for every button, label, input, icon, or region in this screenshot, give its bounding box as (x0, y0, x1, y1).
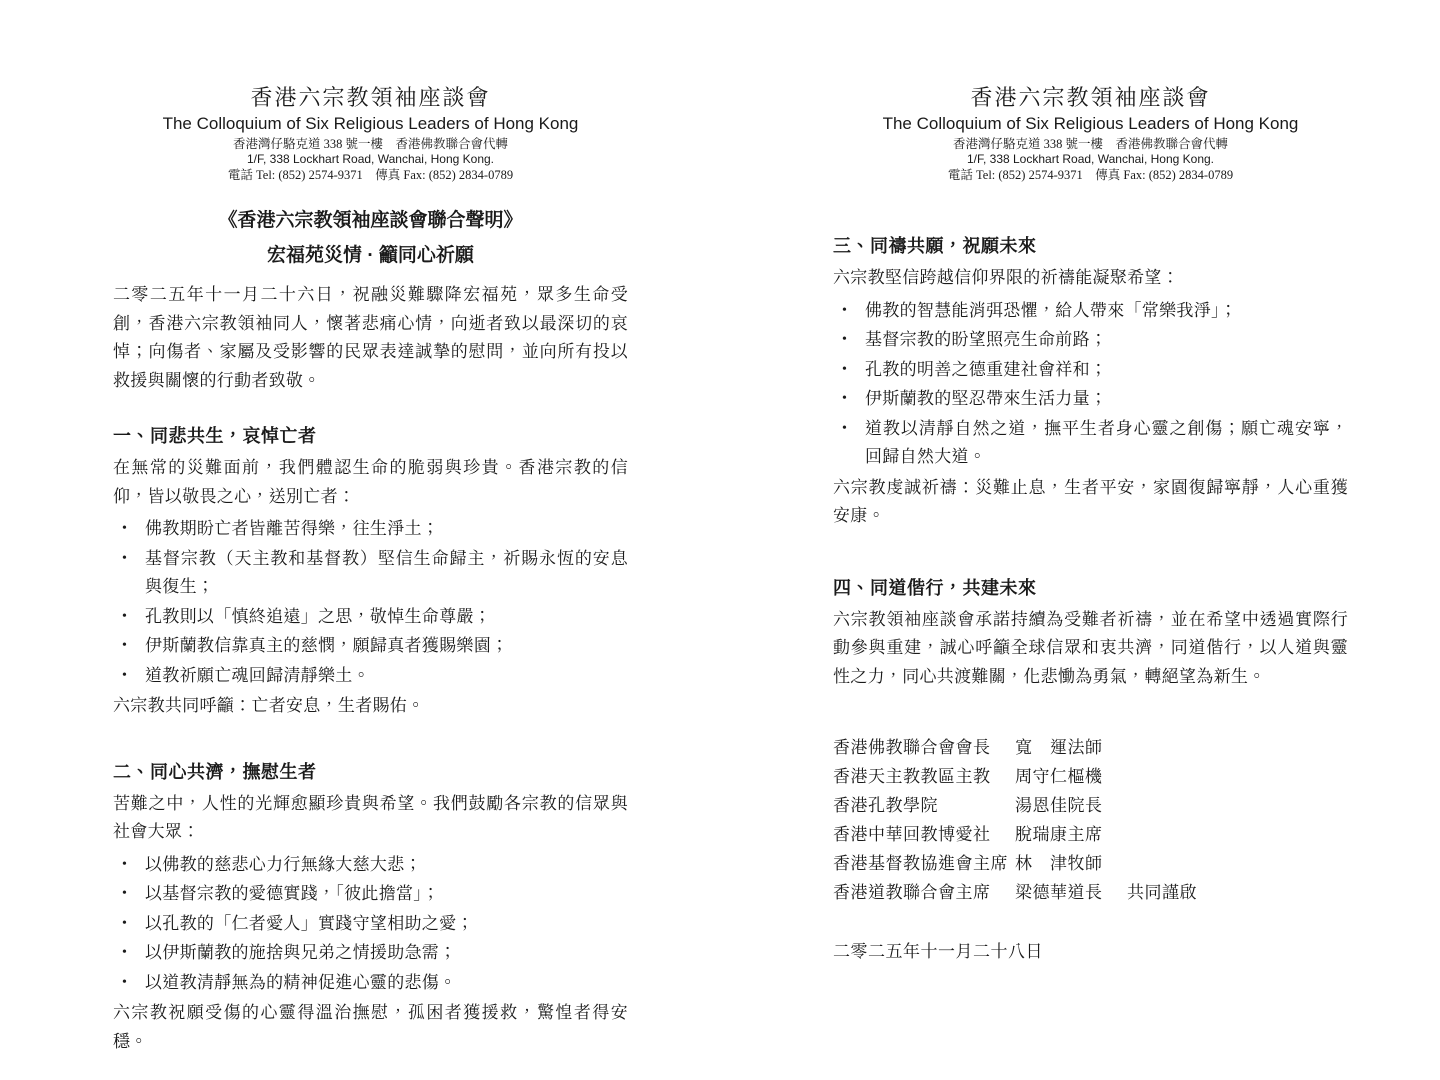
signature-org: 香港佛教聯合會會長 (833, 733, 1015, 762)
bullet-item: 以孔教的「仁者愛人」實踐守望相助之愛； (113, 910, 628, 939)
signature-org: 香港孔教學院 (833, 791, 1015, 820)
signature-row: 香港天主教教區主教 周守仁樞機 (833, 762, 1348, 791)
org-name-en: The Colloquium of Six Religious Leaders … (113, 113, 628, 134)
bullet-item: 孔教的明善之德重建社會祥和； (833, 356, 1348, 385)
org-phone-fax: 電話 Tel: (852) 2574-9371 傳真 Fax: (852) 28… (833, 167, 1348, 183)
intro-paragraph: 二零二五年十一月二十六日，祝融災難驟降宏福苑，眾多生命受創，香港六宗教領袖同人，… (113, 281, 628, 395)
section-2-closing: 六宗教祝願受傷的心靈得溫治撫慰，孤困者獲援救，驚惶者得安穩。 (113, 999, 628, 1056)
signature-name: 林 津牧師 (1015, 849, 1127, 878)
signature-row: 香港中華回教博愛社 脫瑞康主席 (833, 820, 1348, 849)
bullet-item: 以佛教的慈悲心力行無緣大慈大悲； (113, 851, 628, 880)
bullet-item: 基督宗教的盼望照亮生命前路； (833, 326, 1348, 355)
section-3-bullets: 佛教的智慧能消弭恐懼，給人帶來「常樂我淨」； 基督宗教的盼望照亮生命前路； 孔教… (833, 297, 1348, 472)
org-address-zh: 香港灣仔駱克道 338 號一樓 香港佛教聯合會代轉 (113, 136, 628, 152)
org-address-en: 1/F, 338 Lockhart Road, Wanchai, Hong Ko… (833, 152, 1348, 167)
signature-row: 香港孔教學院 湯恩佳院長 (833, 791, 1348, 820)
bullet-item: 佛教期盼亡者皆離苦得樂，往生淨土； (113, 515, 628, 544)
signature-org: 香港天主教教區主教 (833, 762, 1015, 791)
section-1-lead: 在無常的災難面前，我們體認生命的脆弱與珍貴。香港宗教的信仰，皆以敬畏之心，送別亡… (113, 454, 628, 511)
document-sheet: 香港六宗教領袖座談會 The Colloquium of Six Religio… (0, 0, 1440, 1080)
signature-row: 香港佛教聯合會會長 寬 運法師 (833, 733, 1348, 762)
signature-org: 香港中華回教博愛社 (833, 820, 1015, 849)
signature-name: 湯恩佳院長 (1015, 791, 1127, 820)
section-2-lead: 苦難之中，人性的光輝愈顯珍貴與希望。我們鼓勵各宗教的信眾與社會大眾： (113, 790, 628, 847)
signature-name: 周守仁樞機 (1015, 762, 1127, 791)
bullet-item: 以基督宗教的愛德實踐，「彼此擔當」； (113, 880, 628, 909)
signature-org: 香港道教聯合會主席 (833, 878, 1015, 907)
bullet-item: 以伊斯蘭教的施捨與兄弟之情援助急需； (113, 939, 628, 968)
signature-name: 脫瑞康主席 (1015, 820, 1127, 849)
bullet-item: 孔教則以「慎終追遠」之思，敬悼生命尊嚴； (113, 603, 628, 632)
org-name-en: The Colloquium of Six Religious Leaders … (833, 113, 1348, 134)
bullet-item: 佛教的智慧能消弭恐懼，給人帶來「常樂我淨」； (833, 297, 1348, 326)
section-4-body: 六宗教領袖座談會承諾持續為受難者祈禱，並在希望中透過實際行動參與重建，誠心呼籲全… (833, 606, 1348, 692)
date-line: 二零二五年十一月二十八日 (833, 937, 1348, 962)
bullet-item: 伊斯蘭教的堅忍帶來生活力量； (833, 385, 1348, 414)
bullet-item: 道教祈願亡魂回歸清靜樂土。 (113, 662, 628, 691)
letterhead: 香港六宗教領袖座談會 The Colloquium of Six Religio… (833, 84, 1348, 183)
org-address-en: 1/F, 338 Lockhart Road, Wanchai, Hong Ko… (113, 152, 628, 167)
doc-title: 《香港六宗教領袖座談會聯合聲明》 (113, 209, 628, 233)
org-name-zh: 香港六宗教領袖座談會 (833, 84, 1348, 112)
section-3-heading: 三、同禱共願，祝願未來 (833, 233, 1348, 259)
signature-org: 香港基督教協進會主席 (833, 849, 1015, 878)
org-phone-fax: 電話 Tel: (852) 2574-9371 傳真 Fax: (852) 28… (113, 167, 628, 183)
page-right: 香港六宗教領袖座談會 The Colloquium of Six Religio… (720, 0, 1440, 1080)
section-3-lead: 六宗教堅信跨越信仰界限的祈禱能凝聚希望： (833, 264, 1348, 293)
section-1-heading: 一、同悲共生，哀悼亡者 (113, 423, 628, 449)
section-1-bullets: 佛教期盼亡者皆離苦得樂，往生淨土； 基督宗教（天主教和基督教）堅信生命歸主，祈賜… (113, 515, 628, 690)
signature-row: 香港基督教協進會主席 林 津牧師 (833, 849, 1348, 878)
section-1-closing: 六宗教共同呼籲：亡者安息，生者賜佑。 (113, 692, 628, 721)
section-2-heading: 二、同心共濟，撫慰生者 (113, 759, 628, 785)
bullet-item: 以道教清靜無為的精神促進心靈的悲傷。 (113, 969, 628, 998)
bullet-item: 道教以清靜自然之道，撫平生者身心靈之創傷；願亡魂安寧，回歸自然大道。 (833, 415, 1348, 472)
signature-suffix: 共同謹啟 (1127, 878, 1197, 907)
section-3-closing: 六宗教虔誠祈禱：災難止息，生者平安，家園復歸寧靜，人心重獲安康。 (833, 474, 1348, 531)
signature-block: 香港佛教聯合會會長 寬 運法師 香港天主教教區主教 周守仁樞機 香港孔教學院 湯… (833, 733, 1348, 907)
signature-name: 寬 運法師 (1015, 733, 1127, 762)
doc-subtitle: 宏福苑災情 · 籲同心祈願 (113, 244, 628, 268)
letterhead: 香港六宗教領袖座談會 The Colloquium of Six Religio… (113, 84, 628, 183)
bullet-item: 伊斯蘭教信靠真主的慈憫，願歸真者獲賜樂園； (113, 632, 628, 661)
org-address-zh: 香港灣仔駱克道 338 號一樓 香港佛教聯合會代轉 (833, 136, 1348, 152)
signature-row: 香港道教聯合會主席 梁德華道長 共同謹啟 (833, 878, 1348, 907)
bullet-item: 基督宗教（天主教和基督教）堅信生命歸主，祈賜永恆的安息與復生； (113, 545, 628, 602)
section-4-heading: 四、同道偕行，共建未來 (833, 575, 1348, 601)
page-left: 香港六宗教領袖座談會 The Colloquium of Six Religio… (0, 0, 720, 1080)
signature-name: 梁德華道長 (1015, 878, 1127, 907)
section-2-bullets: 以佛教的慈悲心力行無緣大慈大悲； 以基督宗教的愛德實踐，「彼此擔當」； 以孔教的… (113, 851, 628, 998)
org-name-zh: 香港六宗教領袖座談會 (113, 84, 628, 112)
